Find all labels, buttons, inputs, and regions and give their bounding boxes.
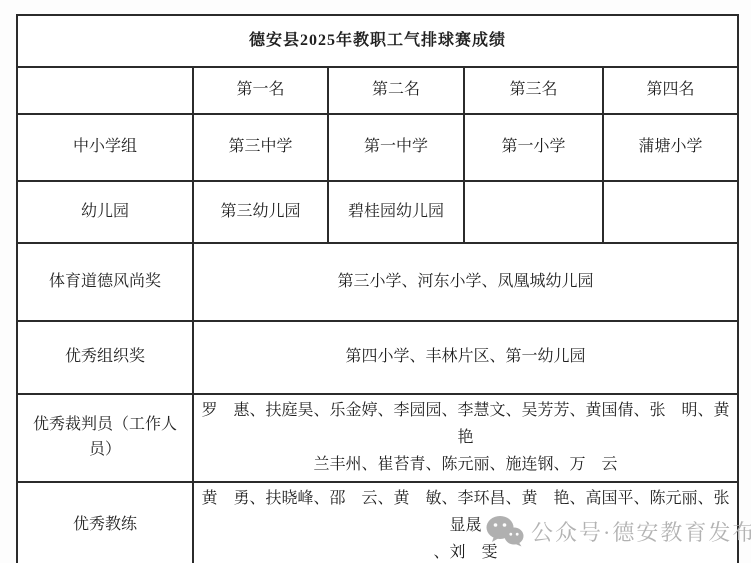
- organization-award-winners: 第四小学、丰林片区、第一幼儿园: [193, 321, 738, 394]
- row-label-organization-award: 优秀组织奖: [17, 321, 193, 394]
- title-row: 德安县2025年教职工气排球赛成绩: [17, 15, 738, 67]
- coaches-names-line1: 黄 勇、扶晓峰、邵 云、黄 敏、李环昌、黄 艳、高国平、陈元丽、张显晟: [200, 485, 731, 539]
- header-rank3: 第三名: [464, 67, 603, 114]
- page-title: 德安县2025年教职工气排球赛成绩: [17, 15, 738, 67]
- kindergarten-rank2: 碧桂园幼儿园: [328, 181, 464, 243]
- results-table: 德安县2025年教职工气排球赛成绩 第一名 第二名 第三名 第四名 中小学组 第…: [16, 14, 739, 563]
- row-referees: 优秀裁判员（工作人员） 罗 惠、扶庭昊、乐金婷、李园园、李慧文、吴芳芳、黄国倩、…: [17, 394, 738, 482]
- row-sportsmanship-award: 体育道德风尚奖 第三小学、河东小学、凤凰城幼儿园: [17, 243, 738, 321]
- referees-names: 罗 惠、扶庭昊、乐金婷、李园园、李慧文、吴芳芳、黄国倩、张 明、黄 艳 兰丰州、…: [193, 394, 738, 482]
- kindergarten-rank4: [603, 181, 738, 243]
- header-rank1: 第一名: [193, 67, 328, 114]
- referees-names-line2: 兰丰州、崔苔青、陈元丽、施连钢、万 云: [200, 451, 731, 478]
- row-school-group: 中小学组 第三中学 第一中学 第一小学 蒲塘小学: [17, 114, 738, 181]
- row-kindergarten: 幼儿园 第三幼儿园 碧桂园幼儿园: [17, 181, 738, 243]
- header-row: 第一名 第二名 第三名 第四名: [17, 67, 738, 114]
- kindergarten-rank1: 第三幼儿园: [193, 181, 328, 243]
- school-group-rank2: 第一中学: [328, 114, 464, 181]
- row-label-referees: 优秀裁判员（工作人员）: [17, 394, 193, 482]
- kindergarten-rank3: [464, 181, 603, 243]
- coaches-names: 黄 勇、扶晓峰、邵 云、黄 敏、李环昌、黄 艳、高国平、陈元丽、张显晟 、刘 雯: [193, 482, 738, 563]
- school-group-rank3: 第一小学: [464, 114, 603, 181]
- row-coaches: 优秀教练 黄 勇、扶晓峰、邵 云、黄 敏、李环昌、黄 艳、高国平、陈元丽、张显晟…: [17, 482, 738, 563]
- header-rank4: 第四名: [603, 67, 738, 114]
- coaches-names-line2: 、刘 雯: [200, 539, 731, 563]
- school-group-rank4: 蒲塘小学: [603, 114, 738, 181]
- row-organization-award: 优秀组织奖 第四小学、丰林片区、第一幼儿园: [17, 321, 738, 394]
- school-group-rank1: 第三中学: [193, 114, 328, 181]
- row-label-sportsmanship-award: 体育道德风尚奖: [17, 243, 193, 321]
- corner-cell: [17, 67, 193, 114]
- row-label-school-group: 中小学组: [17, 114, 193, 181]
- row-label-kindergarten: 幼儿园: [17, 181, 193, 243]
- sportsmanship-award-winners: 第三小学、河东小学、凤凰城幼儿园: [193, 243, 738, 321]
- header-rank2: 第二名: [328, 67, 464, 114]
- row-label-coaches: 优秀教练: [17, 482, 193, 563]
- referees-names-line1: 罗 惠、扶庭昊、乐金婷、李园园、李慧文、吴芳芳、黄国倩、张 明、黄 艳: [200, 397, 731, 451]
